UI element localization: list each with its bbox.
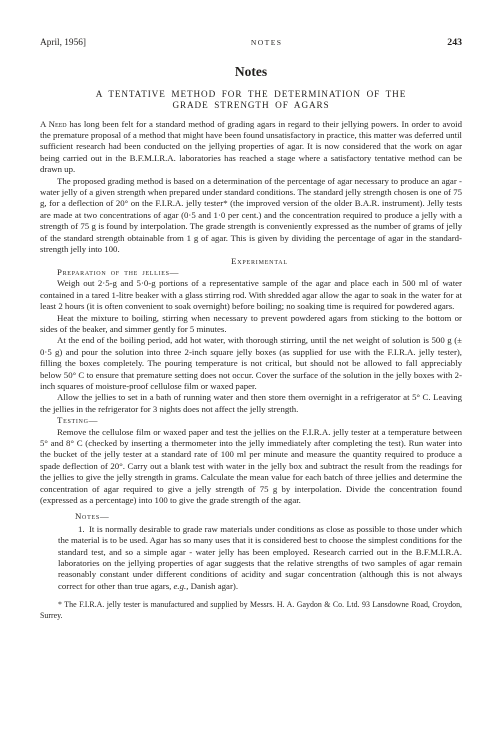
note-1-eg-italic: e.g., — [174, 581, 189, 591]
article-title-line-1: A TENTATIVE METHOD FOR THE DETERMINATION… — [40, 89, 462, 100]
paragraph-weigh-out: Weigh out 2·5-g and 5·0-g portions of a … — [40, 278, 462, 312]
footnote: * The F.I.R.A. jelly tester is manufactu… — [40, 600, 462, 621]
paragraph-heat-mixture: Heat the mixture to boiling, stirring wh… — [40, 313, 462, 336]
paragraph-allow-jellies-set: Allow the jellies to set in a bath of ru… — [40, 392, 462, 415]
experimental-heading: Experimental — [40, 256, 462, 267]
journal-page: April, 1956] NOTES 243 Notes A TENTATIVE… — [0, 0, 500, 731]
page-number: 243 — [447, 37, 462, 48]
paragraph-intro: A Need has long been felt for a standard… — [40, 119, 462, 176]
paragraph-boiling-period: At the end of the boiling period, add ho… — [40, 335, 462, 392]
footnote-text: * The F.I.R.A. jelly tester is manufactu… — [40, 600, 462, 621]
running-head: April, 1956] NOTES 243 — [40, 37, 462, 49]
intro-lead-smallcaps: A Need — [40, 119, 67, 129]
intro-rest: has long been felt for a standard method… — [40, 119, 462, 175]
article-body: A Need has long been felt for a standard… — [40, 119, 462, 622]
article-title-line-2: GRADE STRENGTH OF AGARS — [40, 100, 462, 111]
preparation-heading: Preparation of the jellies— — [40, 267, 462, 278]
testing-heading: Testing— — [40, 415, 462, 426]
running-title: NOTES — [86, 37, 447, 48]
paragraph-grading-method: The proposed grading method is based on … — [40, 176, 462, 256]
note-1-text-end: Danish agar). — [188, 581, 238, 591]
notes-heading: Notes— — [58, 511, 462, 522]
article-title: A TENTATIVE METHOD FOR THE DETERMINATION… — [40, 89, 462, 111]
notes-block: Notes— 1. It is normally desirable to gr… — [58, 511, 462, 592]
issue-date: April, 1956] — [40, 38, 86, 49]
note-1-text: 1. It is normally desirable to grade raw… — [58, 524, 462, 591]
note-item-1: 1. It is normally desirable to grade raw… — [58, 524, 462, 592]
section-title: Notes — [40, 64, 462, 79]
paragraph-testing-procedure: Remove the cellulose film or waxed paper… — [40, 427, 462, 507]
